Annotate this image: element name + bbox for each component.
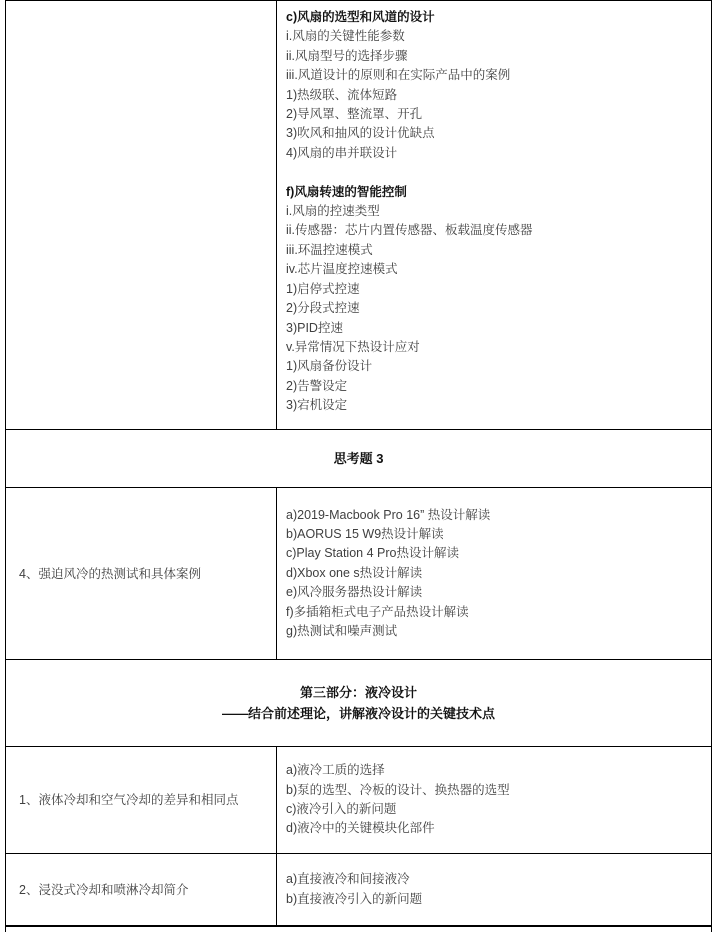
content-line: b)泵的选型、冷板的设计、换热器的选型 [286,781,703,800]
review-questions-title: 思考题 3 [334,448,384,469]
content-line: b)AORUS 15 W9热设计解读 [286,525,703,544]
content-line: iv.芯片温度控速模式 [286,260,703,279]
content-line: iii.环温控速模式 [286,241,703,260]
content-line: c)风扇的选型和风道的设计 [286,8,703,27]
content-line: e)风冷服务器热设计解读 [286,583,703,602]
content-line: 3)吹风和抽风的设计优缺点 [286,124,703,143]
content-line: 2)分段式控速 [286,299,703,318]
content-line: f)多插箱柜式电子产品热设计解读 [286,603,703,622]
left-cell-topic: 2、浸没式冷却和喷淋冷却简介 [6,854,277,925]
table-row-immersion-cooling: 2、浸没式冷却和喷淋冷却简介 a)直接液冷和间接液冷b)直接液冷引入的新问题 [6,853,711,925]
content-line: ii.传感器：芯片内置传感器、板载温度传感器 [286,221,703,240]
left-cell-topic: 4、强迫风冷的热测试和具体案例 [6,488,277,659]
table-row-forced-air-cases: 4、强迫风冷的热测试和具体案例 a)2019-Macbook Pro 16” 热… [6,487,711,659]
left-cell-topic: 1、液体冷却和空气冷却的差异和相同点 [6,747,277,853]
course-outline-table: c)风扇的选型和风道的设计i.风扇的关键性能参数ii.风扇型号的选择步骤iii.… [5,0,712,932]
document-page: c)风扇的选型和风道的设计i.风扇的关键性能参数ii.风扇型号的选择步骤iii.… [0,0,717,932]
part3-title: 第三部分：液冷设计 [300,682,417,703]
content-line: iii.风道设计的原则和在实际产品中的案例 [286,66,703,85]
right-cell-case-list: a)2019-Macbook Pro 16” 热设计解读b)AORUS 15 W… [277,488,711,659]
topic-label: 1、液体冷却和空气冷却的差异和相同点 [19,791,238,809]
right-cell-fan-topics: c)风扇的选型和风道的设计i.风扇的关键性能参数ii.风扇型号的选择步骤iii.… [277,1,711,429]
content-line: g)热测试和噪声测试 [286,622,703,641]
content-line: d)Xbox one s热设计解读 [286,564,703,583]
table-row-next-section-partial [6,925,711,932]
content-line [286,163,703,182]
right-cell-liquid-topics: a)液冷工质的选择b)泵的选型、冷板的设计、换热器的选型c)液冷引入的新问题d)… [277,747,711,853]
content-line: v.异常情况下热设计应对 [286,338,703,357]
table-row-liquid-vs-air: 1、液体冷却和空气冷却的差异和相同点 a)液冷工质的选择b)泵的选型、冷板的设计… [6,746,711,853]
table-row-part3-header: 第三部分：液冷设计 ——结合前述理论，讲解液冷设计的关键技术点 [6,659,711,746]
content-line: i.风扇的控速类型 [286,202,703,221]
topic-label: 2、浸没式冷却和喷淋冷却简介 [19,881,188,899]
content-line: 1)热级联、流体短路 [286,86,703,105]
content-line: f)风扇转速的智能控制 [286,183,703,202]
topic-label: 4、强迫风冷的热测试和具体案例 [19,565,201,583]
table-row-review-questions: 思考题 3 [6,429,711,487]
content-line: b)直接液冷引入的新问题 [286,890,703,909]
content-line: a)液冷工质的选择 [286,761,703,780]
part3-subtitle: ——结合前述理论，讲解液冷设计的关键技术点 [222,703,495,724]
left-cell-empty [6,1,277,429]
content-line: c)液冷引入的新问题 [286,800,703,819]
content-line: 2)告警设定 [286,377,703,396]
content-line: 4)风扇的串并联设计 [286,144,703,163]
right-cell-immersion-topics: a)直接液冷和间接液冷b)直接液冷引入的新问题 [277,854,711,925]
content-line: d)液冷中的关键模块化部件 [286,819,703,838]
content-line: c)Play Station 4 Pro热设计解读 [286,544,703,563]
content-line: 1)启停式控速 [286,280,703,299]
content-line: 1)风扇备份设计 [286,357,703,376]
content-line: 3)宕机设定 [286,396,703,415]
content-line: a)直接液冷和间接液冷 [286,870,703,889]
table-row-fan-selection: c)风扇的选型和风道的设计i.风扇的关键性能参数ii.风扇型号的选择步骤iii.… [6,1,711,429]
content-line: a)2019-Macbook Pro 16” 热设计解读 [286,506,703,525]
content-line: i.风扇的关键性能参数 [286,27,703,46]
content-line: ii.风扇型号的选择步骤 [286,47,703,66]
content-line: 3)PID控速 [286,319,703,338]
content-line: 2)导风罩、整流罩、开孔 [286,105,703,124]
